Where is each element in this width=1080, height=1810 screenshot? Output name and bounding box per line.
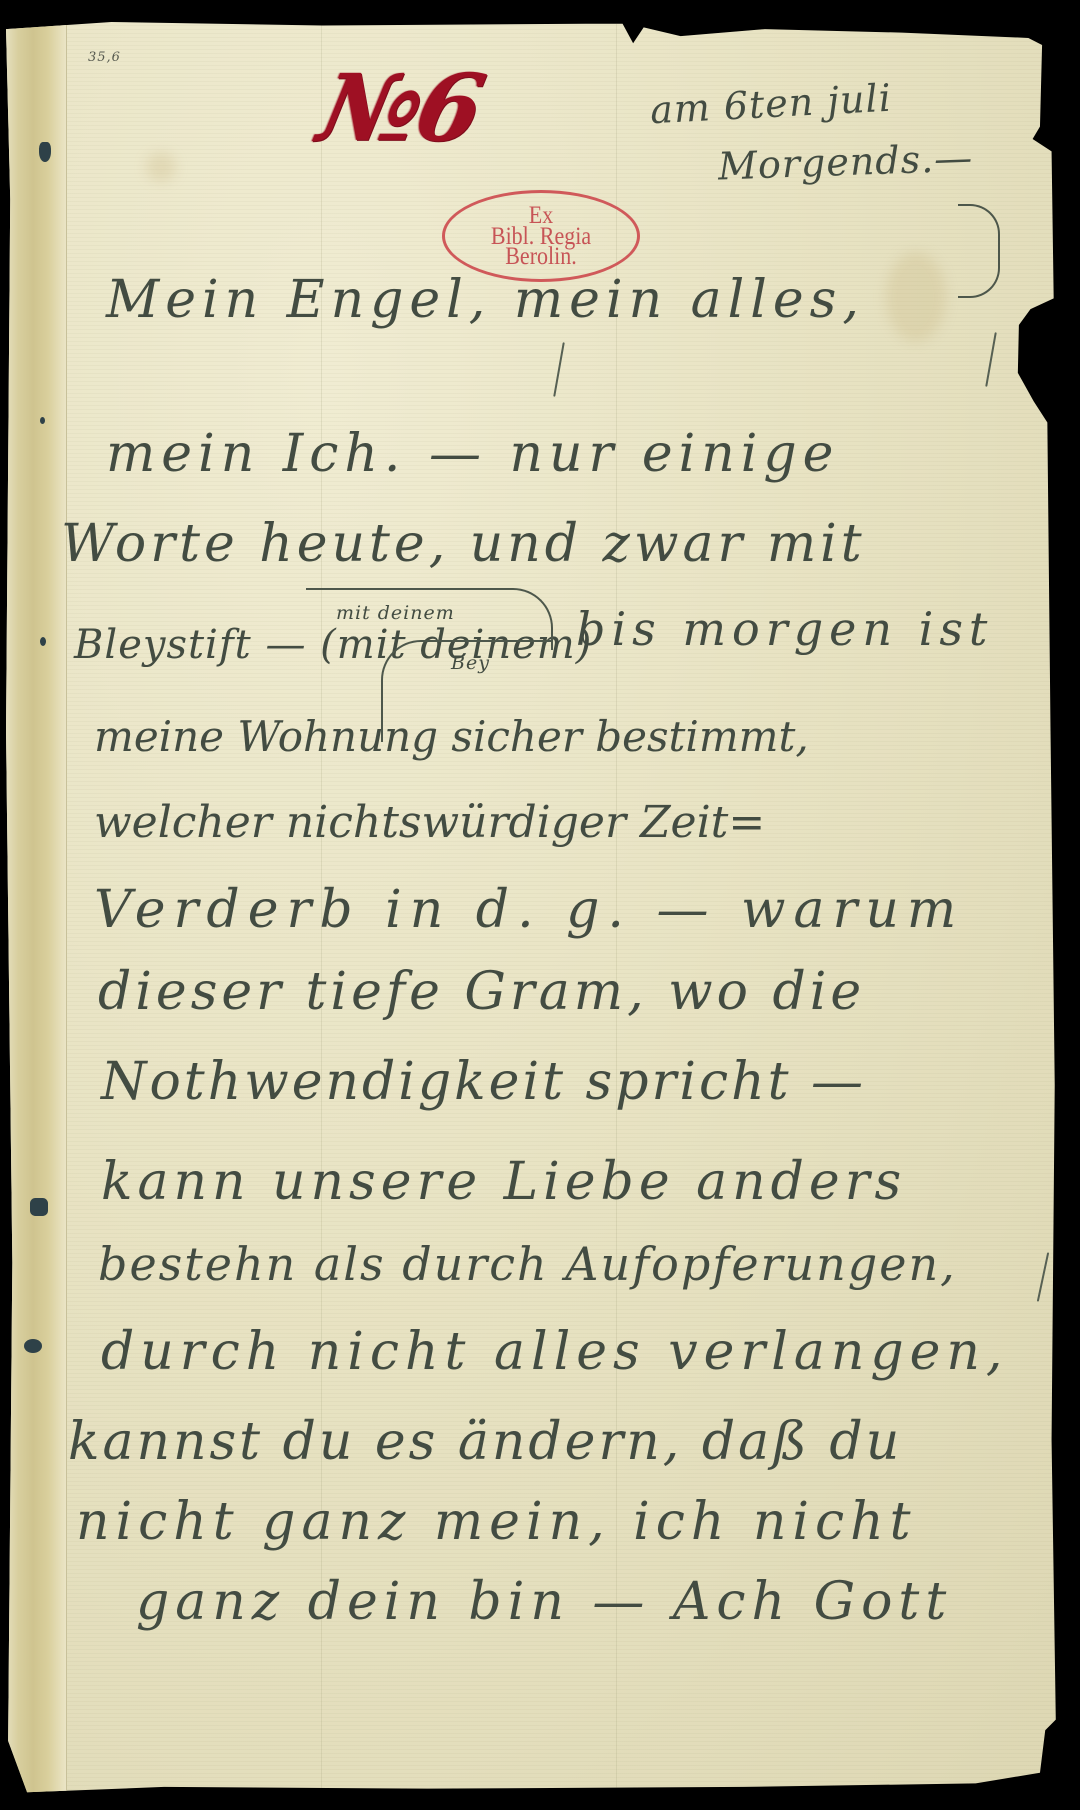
dateline-date: am 6ten juli — [649, 76, 893, 133]
binding-hole-mark — [39, 142, 51, 162]
binding-hole-mark — [40, 637, 46, 646]
letter-line-15: ganz dein bin — Ach Gott — [136, 1572, 952, 1632]
letter-line-8: dieser tiefe Gram, wo die — [98, 962, 865, 1022]
letter-line-6: welcher nichtswürdiger Zeit= — [94, 797, 765, 848]
pencil-hook-mark — [958, 204, 1000, 298]
binding-strip — [6, 22, 67, 1794]
letter-line-3: Worte heute, und zwar mit — [61, 514, 866, 574]
letter-line-5: meine Wohnung sicher bestimmt, — [94, 712, 809, 761]
letter-line-2: mein Ich. — nur einige — [106, 424, 839, 484]
letter-line-10: kann unsere Liebe anders — [101, 1152, 906, 1212]
letter-line-14: nicht ganz mein, ich nicht — [76, 1492, 917, 1552]
red-number-marking: №6 — [312, 62, 488, 154]
letter-line-12: durch nicht alles verlangen, — [101, 1322, 1008, 1382]
paper-stain — [146, 152, 176, 182]
archive-pencil-number: 35,6 — [88, 50, 121, 65]
binding-hole-mark — [30, 1198, 48, 1216]
pencil-slash — [553, 342, 565, 397]
letter-line-7: Verderb in d. g. — warum — [94, 880, 964, 940]
letter-line-4b: bis morgen ist — [576, 602, 993, 656]
library-stamp: Ex Bibl. Regia Berolin. — [442, 190, 640, 282]
letter-line-11: bestehn als durch Aufopferungen, — [98, 1237, 957, 1291]
letter-line-9: Nothwendigkeit spricht — — [101, 1052, 866, 1112]
stamp-line-3: Berolin. — [505, 245, 577, 269]
binding-hole-mark — [40, 417, 45, 424]
document-scan: 35,6 №6 Ex Bibl. Regia Berolin. am 6ten … — [0, 0, 1080, 1810]
paper-stain — [886, 252, 946, 342]
letter-line-1: Mein Engel, mein alles, — [106, 270, 865, 330]
pencil-slash — [1037, 1252, 1049, 1301]
letter-paper: 35,6 №6 Ex Bibl. Regia Berolin. am 6ten … — [6, 22, 1060, 1794]
pencil-slash — [985, 332, 997, 387]
letter-line-13: kannst du es ändern, daß du — [68, 1412, 902, 1472]
dateline-morning: Morgends.— — [717, 136, 974, 189]
binding-hole-mark — [24, 1339, 42, 1353]
